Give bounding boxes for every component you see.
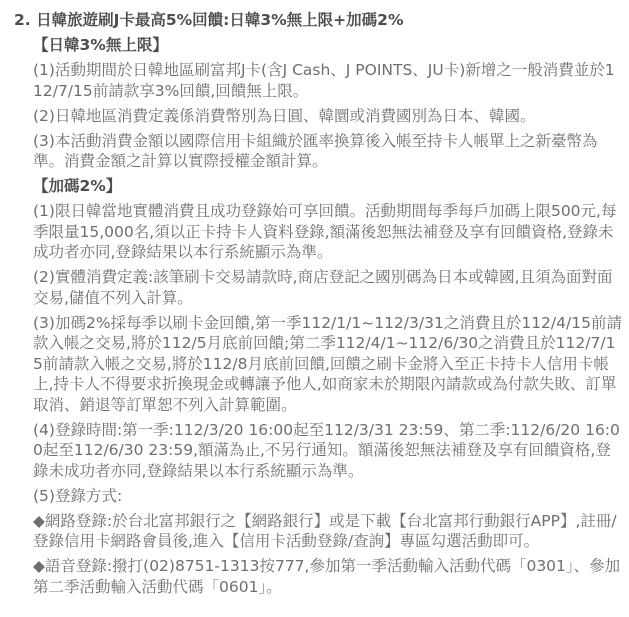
paragraph-3pct-item-2: (2)日韓地區消費定義係消費幣別為日圓、韓圜或消費國別為日本、韓國。 <box>33 106 622 127</box>
paragraph-2pct-item-5-registration-methods: (5)登錄方式: <box>33 486 622 507</box>
paragraph-3pct-item-1: (1)活動期間於日韓地區刷富邦J卡(含J Cash、J POINTS、JU卡)新… <box>33 60 622 101</box>
paragraph-2pct-item-1: (1)限日韓當地實體消費且成功登錄始可享回饋。活動期間每季每戶加碼上限500元,… <box>33 201 622 263</box>
paragraph-2pct-item-4: (4)登錄時間:第一季:112/3/20 16:00起至112/3/31 23:… <box>33 420 622 482</box>
paragraph-2pct-item-3: (3)加碼2%採每季以刷卡金回饋,第一季112/1/1~112/3/31之消費且… <box>33 313 622 416</box>
paragraph-2pct-item-2: (2)實體消費定義:該筆刷卡交易請款時,商店登記之國別碼為日本或韓國,且須為面對… <box>33 267 622 308</box>
paragraph-registration-phone: ◆語音登錄:撥打(02)8751-1313按777,參加第一季活動輸入活動代碼「… <box>33 556 622 597</box>
section-heading-bonus-2pct: 【加碼2%】 <box>33 176 622 197</box>
paragraph-registration-online: ◆網路登錄:於台北富邦銀行之【網路銀行】或是下載【台北富邦行動銀行APP】,註冊… <box>33 511 622 552</box>
paragraph-3pct-item-3: (3)本活動消費金額以國際信用卡組織於匯率換算後入帳至持卡人帳單上之新臺幣為準。… <box>33 131 622 172</box>
section-heading-japan-korea-3pct: 【日韓3%無上限】 <box>33 35 622 56</box>
terms-document: 2. 日韓旅遊刷J卡最高5%回饋:日韓3%無上限+加碼2% 【日韓3%無上限】 … <box>0 0 629 597</box>
terms-content: 【日韓3%無上限】 (1)活動期間於日韓地區刷富邦J卡(含J Cash、J PO… <box>14 35 622 597</box>
promo-item-title: 2. 日韓旅遊刷J卡最高5%回饋:日韓3%無上限+加碼2% <box>14 10 622 31</box>
